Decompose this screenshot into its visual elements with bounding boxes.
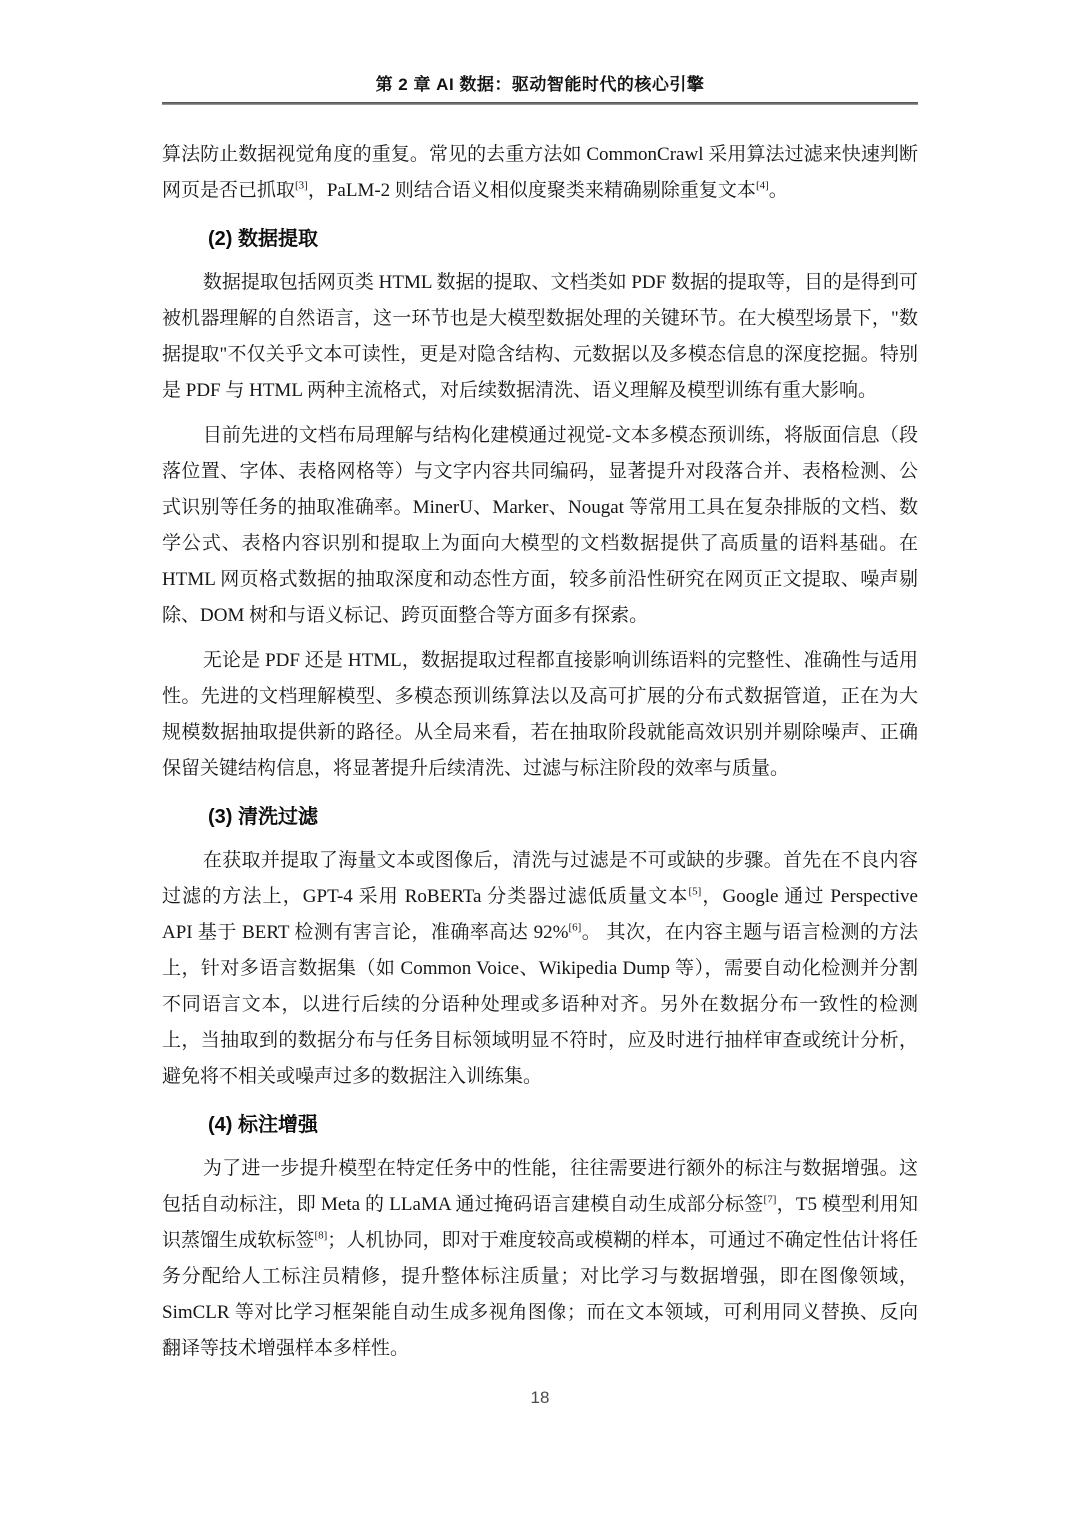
citation-ref: [4]	[756, 180, 769, 192]
page-footer: 18	[0, 1388, 1080, 1408]
document-page: 第 2 章 AI 数据：驱动智能时代的核心引擎 算法防止数据视觉角度的重复。常见…	[0, 0, 1080, 1528]
citation-ref: [6]	[568, 922, 581, 934]
body-paragraph: 在获取并提取了海量文本或图像后，清洗与过滤是不可或缺的步骤。首先在不良内容过滤的…	[162, 843, 918, 1095]
header-rule	[162, 102, 918, 105]
body-paragraph: 无论是 PDF 还是 HTML，数据提取过程都直接影响训练语料的完整性、准确性与…	[162, 643, 918, 787]
page-number: 18	[531, 1388, 550, 1407]
body-paragraph: 为了进一步提升模型在特定任务中的性能，往往需要进行额外的标注与数据增强。这包括自…	[162, 1151, 918, 1367]
page-header: 第 2 章 AI 数据：驱动智能时代的核心引擎	[162, 70, 918, 105]
citation-ref: [8]	[314, 1230, 327, 1242]
section-heading: (2) 数据提取	[162, 221, 918, 257]
body-paragraph: 算法防止数据视觉角度的重复。常见的去重方法如 CommonCrawl 采用算法过…	[162, 137, 918, 209]
body-paragraph: 数据提取包括网页类 HTML 数据的提取、文档类如 PDF 数据的提取等，目的是…	[162, 265, 918, 409]
citation-ref: [7]	[764, 1194, 777, 1206]
chapter-header-title: 第 2 章 AI 数据：驱动智能时代的核心引擎	[162, 70, 918, 95]
body-paragraph: 目前先进的文档布局理解与结构化建模通过视觉-文本多模态预训练，将版面信息（段落位…	[162, 418, 918, 634]
section-heading: (3) 清洗过滤	[162, 799, 918, 835]
section-heading: (4) 标注增强	[162, 1107, 918, 1143]
citation-ref: [5]	[688, 886, 701, 898]
citation-ref: [3]	[295, 180, 308, 192]
page-body: 算法防止数据视觉角度的重复。常见的去重方法如 CommonCrawl 采用算法过…	[162, 137, 918, 1376]
